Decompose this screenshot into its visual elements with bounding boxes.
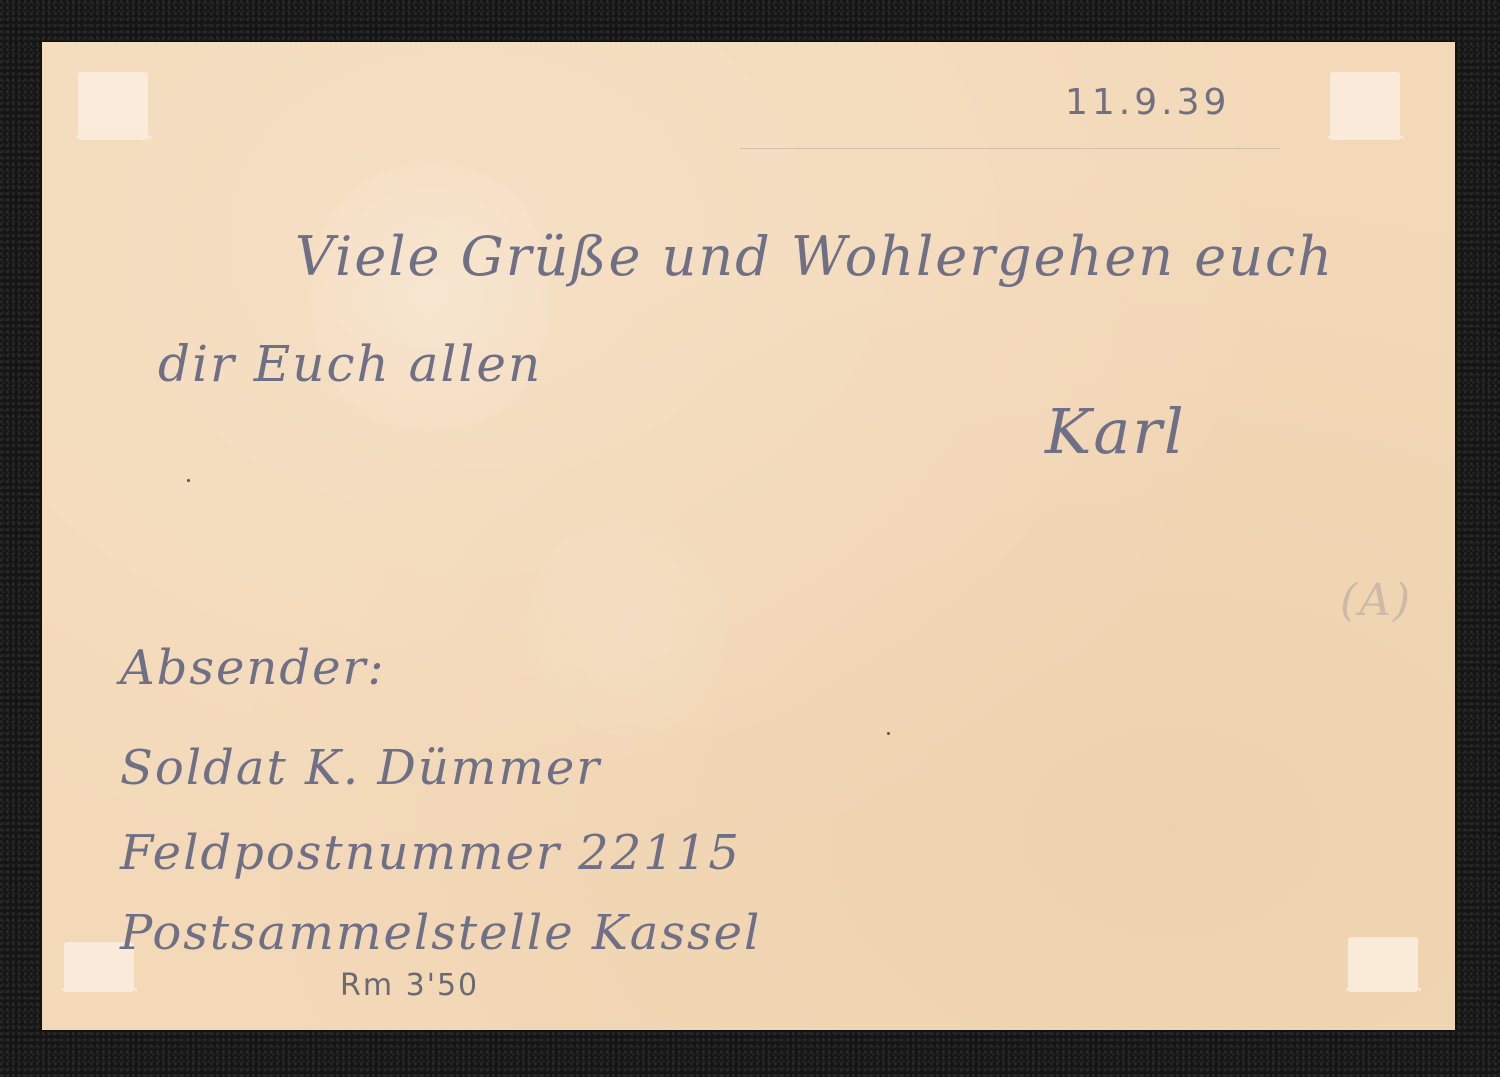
sender-postsammelstelle: Postsammelstelle Kassel xyxy=(120,905,761,961)
stamp-hinge-top-right xyxy=(1330,72,1400,140)
embossed-seal xyxy=(310,152,550,442)
price-note: Rm 3'50 xyxy=(340,968,479,1003)
stamp-hinge-bottom-right xyxy=(1348,937,1418,992)
postcard xyxy=(42,42,1455,1030)
sender-name: Soldat K. Dümmer xyxy=(120,740,601,796)
signature: Karl xyxy=(1045,395,1186,468)
corner-mark: (A) xyxy=(1340,575,1412,626)
sender-heading: Absender: xyxy=(120,640,386,696)
sender-feldpost: Feldpostnummer 22115 xyxy=(120,825,741,881)
date-text: 11.9.39 xyxy=(1065,82,1230,123)
message-line-2: dir Euch allen xyxy=(158,335,542,393)
message-line-1: Viele Grüße und Wohlergehen euch xyxy=(295,225,1334,288)
ink-dot xyxy=(187,479,190,482)
divider-line xyxy=(740,148,1280,149)
embossed-seal-faint xyxy=(527,512,727,742)
ink-dot xyxy=(887,732,890,735)
stamp-hinge-top-left xyxy=(78,72,148,140)
